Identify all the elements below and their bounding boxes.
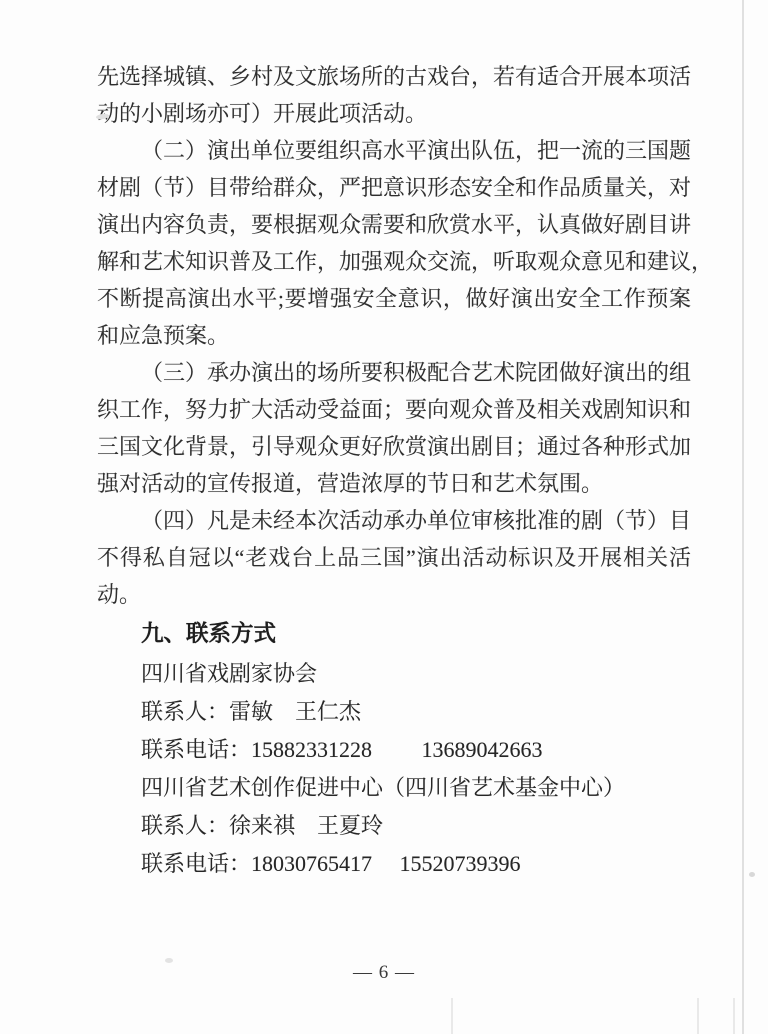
body-paragraph-lines: 先选择城镇、乡村及文旅场所的古戏台，若有适合开展本项活动的小剧场亦可）开展此项活…: [97, 58, 691, 613]
body-text-line: 解和艺术知识普及工作，加强观众交流，听取观众意见和建议，: [97, 243, 691, 280]
scan-artifact-line: [697, 998, 699, 1034]
body-text-line: 织工作，努力扩大活动受益面；要向观众普及相关戏剧知识和: [97, 391, 691, 428]
body-text-line: 动的小剧场亦可）开展此项活动。: [97, 95, 691, 132]
body-text-line: 不断提高演出水平;要增强安全意识，做好演出安全工作预案: [97, 280, 691, 317]
contact-text-line: 联系人：雷敏 王仁杰: [97, 693, 691, 731]
contact-text-line: 联系人：徐来祺 王夏玲: [97, 807, 691, 845]
body-text-line: 和应急预案。: [97, 317, 691, 354]
scan-artifact-speck: [749, 872, 755, 877]
scan-artifact-vertical-line: [742, 0, 744, 1034]
contact-text-line: 四川省艺术创作促进中心（四川省艺术基金中心）: [97, 769, 691, 807]
page-number: — 6 —: [0, 962, 768, 984]
body-text-line: 不得私自冠以“老戏台上品三国”演出活动标识及开展相关活: [97, 539, 691, 576]
body-text-line: 材剧（节）目带给群众，严把意识形态安全和作品质量关，对: [97, 169, 691, 206]
scan-artifact-line: [733, 998, 735, 1034]
contact-text-line: 联系电话：18030765417 15520739396: [97, 845, 691, 883]
body-text-line: （四）凡是未经本次活动承办单位审核批准的剧（节）目: [97, 502, 691, 539]
section-heading-contact-info: 九、联系方式: [97, 613, 691, 655]
body-text-line: 三国文化背景，引导观众更好欣赏演出剧目；通过各种形式加: [97, 428, 691, 465]
scanned-document-page: 先选择城镇、乡村及文旅场所的古戏台，若有适合开展本项活动的小剧场亦可）开展此项活…: [0, 0, 768, 1034]
body-text-line: （二）演出单位要组织高水平演出队伍，把一流的三国题: [97, 132, 691, 169]
body-text-line: 演出内容负责，要根据观众需要和欣赏水平，认真做好剧目讲: [97, 206, 691, 243]
scan-artifact-line: [451, 998, 453, 1034]
document-text-block: 先选择城镇、乡村及文旅场所的古戏台，若有适合开展本项活动的小剧场亦可）开展此项活…: [97, 58, 691, 883]
body-text-line: 强对活动的宣传报道，营造浓厚的节日和艺术氛围。: [97, 465, 691, 502]
body-text-line: 先选择城镇、乡村及文旅场所的古戏台，若有适合开展本项活: [97, 58, 691, 95]
scan-artifact-speck: [165, 958, 173, 963]
contact-info-lines: 四川省戏剧家协会联系人：雷敏 王仁杰联系电话：15882331228 13689…: [97, 655, 691, 883]
contact-text-line: 四川省戏剧家协会: [97, 655, 691, 693]
contact-text-line: 联系电话：15882331228 13689042663: [97, 731, 691, 769]
body-text-line: 动。: [97, 576, 691, 613]
body-text-line: （三）承办演出的场所要积极配合艺术院团做好演出的组: [97, 354, 691, 391]
